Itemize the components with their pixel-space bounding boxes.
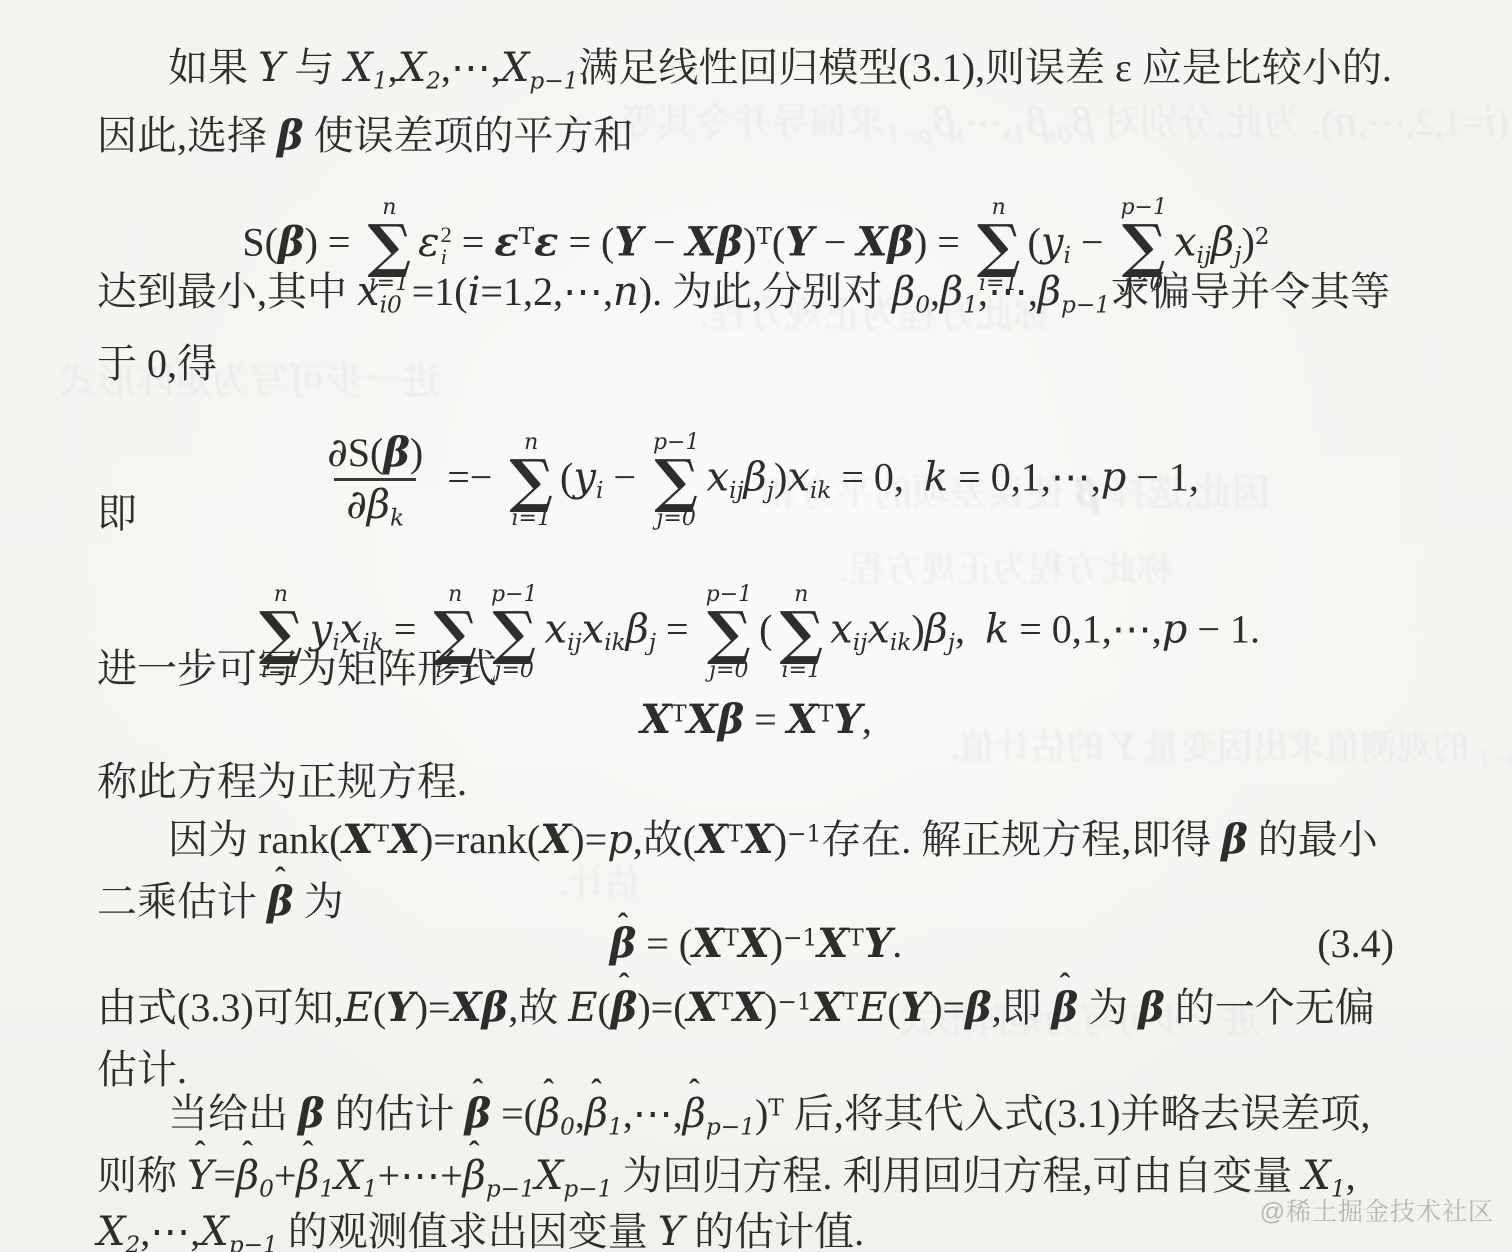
bleed-through-text: 达到最小,其中 xi0 =1(i=1,2,⋯,n). 为此,分别对 β0,β1,… <box>620 100 1512 150</box>
regression-line-2: 则称 ˆY=ˆβ0+ˆβ1X1+⋯+ˆβp−1Xp−1 为回归方程. 利用回归方… <box>97 1152 1356 1203</box>
equation-partial-derivative: ∂S(β)∂βk =− n∑i=1(yi − p−1∑j=0xijβj)xik … <box>0 432 1512 531</box>
intro-line-1: 如果 Y 与 X1,X2,⋯,Xp−1满足线性回归模型(3.1),则误差 ε 应… <box>168 44 1392 95</box>
rank-line-2: 二乘估计 ˆβ 为 <box>97 878 344 926</box>
bleed-through-text: 估计. <box>560 862 641 905</box>
minimize-line-1: 达到最小,其中 xi0 =1(i=1,2,⋯,n). 为此,分别对 β0,β1,… <box>97 268 1390 319</box>
intro-line-2: 因此,选择 β 使误差项的平方和 <box>97 112 634 160</box>
matrix-form-intro: 进一步可写为矩阵形式 <box>97 645 497 693</box>
rank-line-1: 因为 rank(XTX)=rank(X)=p,故(XTX)−1存在. 解正规方程… <box>168 816 1378 864</box>
watermark: @稀土掘金技术社区 <box>1260 1198 1494 1227</box>
normal-equation-label: 称此方程为正规方程. <box>97 758 467 806</box>
equation-beta-hat: ˆβ = (XTX)−1XTY. <box>610 921 903 966</box>
namely-label: 即 <box>97 490 137 538</box>
regression-line-1: 当给出 β 的估计 ˆβ =(ˆβ0,ˆβ1,⋯,ˆβp−1)T 后,将其代入式… <box>168 1090 1370 1141</box>
unbiased-line-2: 估计. <box>97 1046 187 1094</box>
minimize-line-2: 于 0,得 <box>97 340 217 388</box>
scanned-textbook-page: 达到最小,其中 xi0 =1(i=1,2,⋯,n). 为此,分别对 β0,β1,… <box>0 0 1512 1252</box>
unbiased-line-1: 由式(3.3)可知,E(Y)=Xβ,故 E(ˆβ)=(XTX)−1XTE(Y)=… <box>97 984 1375 1032</box>
regression-line-3: X2,⋯,Xp−1 的观测值求出因变量 Y 的估计值. <box>97 1208 864 1252</box>
equation-normal-matrix: XTXβ = XTY, <box>0 700 1512 740</box>
equation-beta-hat-row: ˆβ = (XTX)−1XTY. (3.4) <box>0 924 1512 964</box>
equation-number: (3.4) <box>1317 924 1394 964</box>
